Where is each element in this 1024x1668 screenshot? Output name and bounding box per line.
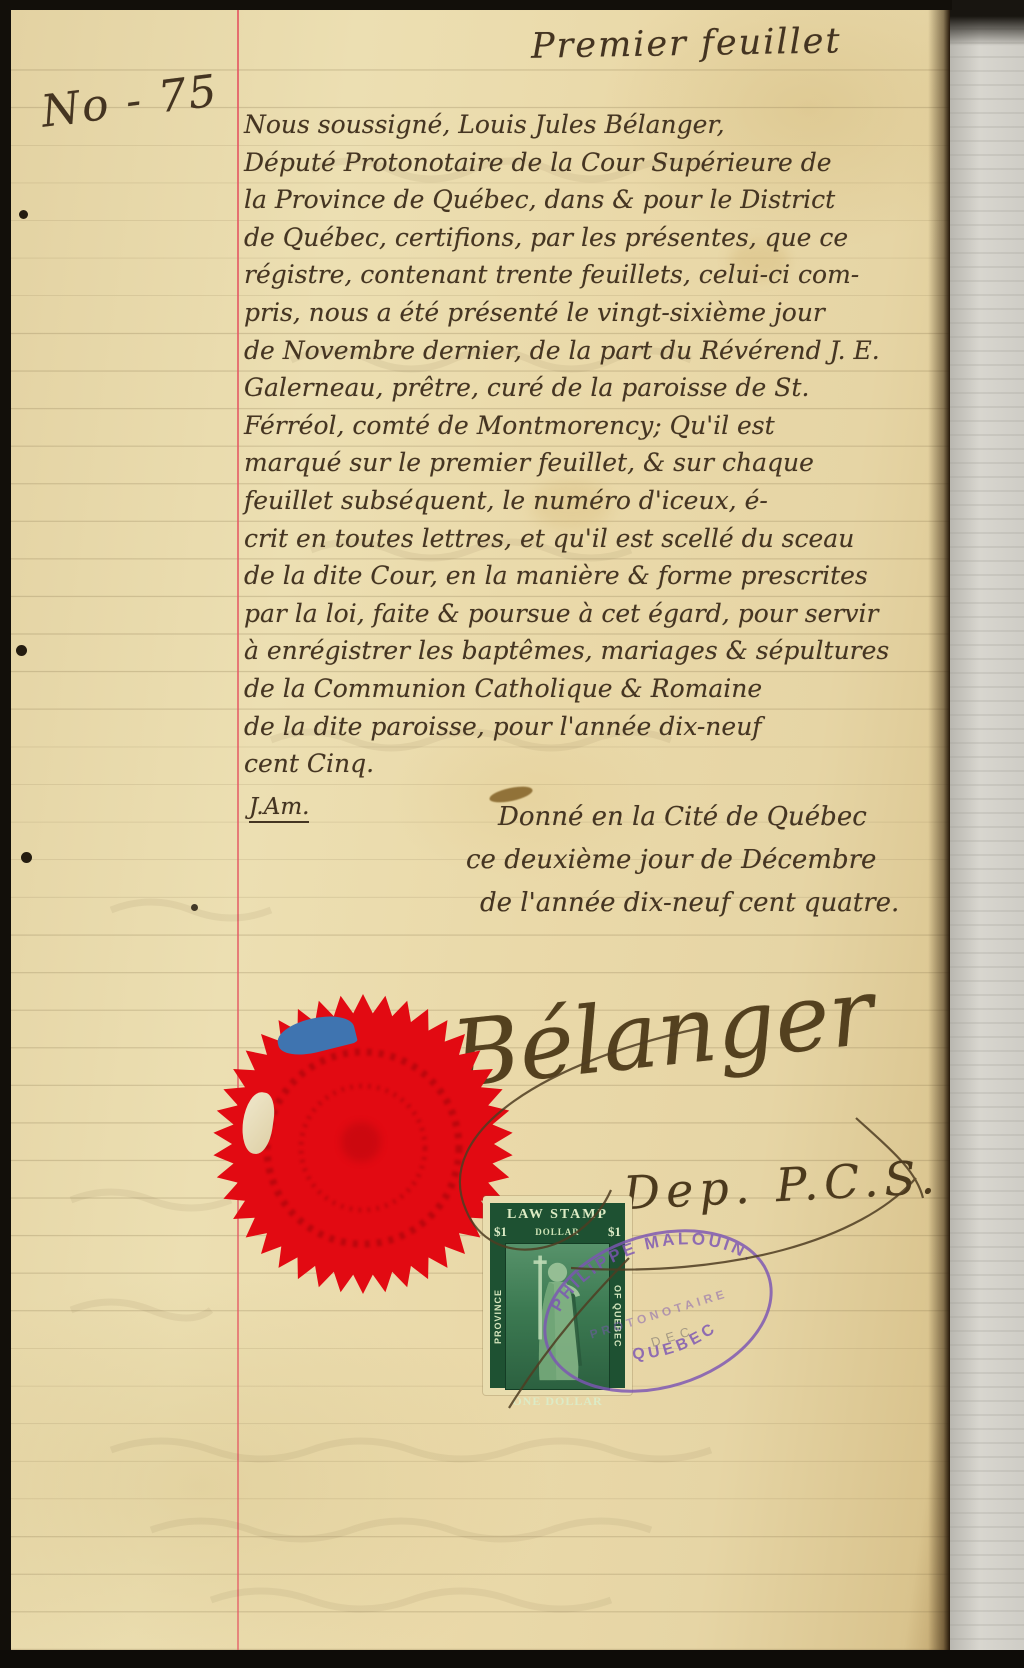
punch-hole	[21, 852, 32, 863]
dateline-line: Donné en la Cité de Québec	[498, 796, 899, 839]
certificate-line: cent Cinq.	[244, 745, 934, 783]
certificate-line: pris, nous a été présenté le vingt-sixiè…	[244, 294, 934, 332]
denomination-left: $1	[494, 1224, 507, 1240]
ink-speck	[191, 904, 198, 911]
scanned-register-document: Premier feuillet No - 75 Nous soussigné,…	[0, 0, 1024, 1668]
punch-hole	[16, 645, 27, 656]
punch-hole	[19, 210, 28, 219]
certificate-line: de la dite Cour, en la manière & forme p…	[244, 557, 934, 595]
register-page: Premier feuillet No - 75 Nous soussigné,…	[11, 10, 950, 1650]
notary-name-arc: PHILIPPE MALOUIN.	[536, 1204, 762, 1325]
dateline-line: ce deuxième jour de Décembre	[466, 839, 899, 882]
book-edge-left	[0, 0, 11, 1668]
notary-oval-stamp: PHILIPPE MALOUIN. PROTONOTAIRE DEC QUEBE…	[523, 1206, 793, 1416]
certificate-line: Galerneau, prêtre, curé de la paroisse d…	[244, 369, 934, 407]
certificate-line: de Québec, certifions, par les présentes…	[244, 219, 934, 257]
certificate-line: feuillet subséquent, le numéro d'iceux, …	[244, 482, 934, 520]
scanner-shadow	[950, 0, 1024, 46]
certificate-line: la Province de Québec, dans & pour le Di…	[244, 181, 934, 219]
scanner-surface	[950, 0, 1024, 1668]
dateline-line: de l'année dix-neuf cent quatre.	[480, 882, 899, 925]
clerk-initials: J.Am.	[249, 794, 309, 823]
certificate-line: régistre, contenant trente feuillets, ce…	[244, 256, 934, 294]
certificate-line: à enrégistrer les baptêmes, mariages & s…	[244, 632, 934, 670]
certificate-line: Nous soussigné, Louis Jules Bélanger,	[244, 106, 934, 144]
certificate-line: par la loi, faite & poursue à cet égard,…	[244, 595, 934, 633]
certificate-line: de la Communion Catholique & Romaine	[244, 670, 934, 708]
book-edge-bottom	[0, 1650, 1024, 1668]
certificate-line: marqué sur le premier feuillet, & sur ch…	[244, 444, 934, 482]
dateline: Donné en la Cité de Québecce deuxième jo…	[466, 796, 899, 925]
certificate-line: crit en toutes lettres, et qu'il est sce…	[244, 520, 934, 558]
law-stamp-left-label: PROVINCE	[490, 1242, 505, 1391]
page-header: Premier feuillet	[531, 21, 842, 66]
certificate-text: Nous soussigné, Louis Jules Bélanger,Dép…	[244, 106, 934, 783]
svg-text:PHILIPPE MALOUIN.: PHILIPPE MALOUIN.	[536, 1204, 762, 1325]
book-edge-top	[0, 0, 952, 10]
certificate-line: Député Protonotaire de la Cour Supérieur…	[244, 144, 934, 182]
certificate-line: de Novembre dernier, de la part du Révér…	[244, 332, 934, 370]
certificate-line: de la dite paroisse, pour l'année dix-ne…	[244, 708, 934, 746]
margin-rule-line	[237, 10, 239, 1650]
certificate-line: Férréol, comté de Montmorency; Qu'il est	[244, 407, 934, 445]
